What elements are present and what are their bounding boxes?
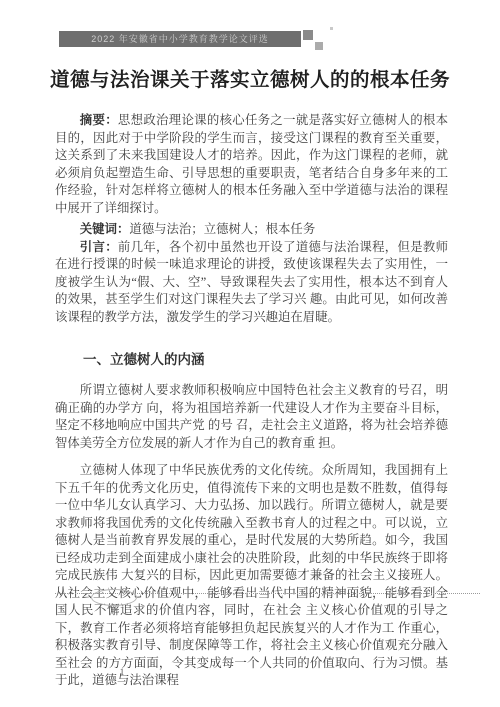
paper-title: 道德与法治课关于落实立德树人的的根本任务 xyxy=(40,64,460,92)
contest-banner: 2022 年安徽省中小学教育教学论文评选 xyxy=(59,31,301,47)
scan-artifact-ellipse xyxy=(91,589,137,606)
keywords-line: 关键词：道德与法治；立德树人；根本任务 xyxy=(55,221,448,239)
header-banner-row: 2022 年安徽省中小学教育教学论文评选 xyxy=(59,31,359,53)
decoration-square-small-icon xyxy=(315,42,323,50)
abstract-text: 思想政治理论课的核心任务之一就是落实好立德树人的根本目的，因此对于中学阶段的学生… xyxy=(55,113,448,215)
section-paragraph-1: 所谓立德树人要求教师积极响应中国特色社会主义教育的号召，明确正确的办学方 向，将… xyxy=(55,382,448,452)
section-paragraph-2: 立德树人体现了中华民族优秀的文化传统。众所周知，我国拥有上下五千年的优秀文化历史… xyxy=(55,462,448,690)
introduction-paragraph: 引言：前几年，各个初中虽然也开设了道德与法治课程，但是教师在进行授课的时候一味追… xyxy=(55,239,448,327)
decoration-dot-icon xyxy=(330,27,333,30)
keywords-label: 关键词： xyxy=(80,222,130,236)
abstract-paragraph: 摘要：思想政治理论课的核心任务之一就是落实好立德树人的根本目的，因此对于中学阶段… xyxy=(55,112,448,217)
abstract-label: 摘要： xyxy=(80,113,118,127)
introduction-label: 引言： xyxy=(80,240,118,254)
section-heading: 一、立德树人的内涵 xyxy=(83,348,448,368)
page-number: 1 xyxy=(112,667,132,677)
decoration-square-large-icon xyxy=(303,30,313,40)
keywords-text: 道德与法治；立德树人；根本任务 xyxy=(129,222,315,236)
scanned-document-page: { "header": { "banner_text": "2022 年安徽省中… xyxy=(0,0,500,707)
